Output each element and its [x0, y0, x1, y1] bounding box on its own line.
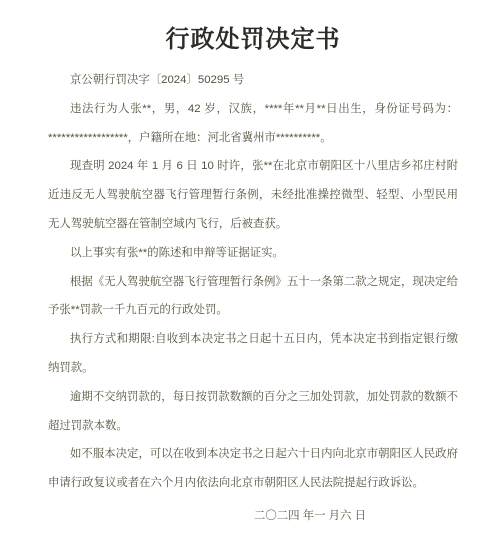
paragraph-facts: 现查明 2024 年 1 月 6 日 10 时许，张**在北京市朝阳区十八里店乡…	[48, 152, 458, 238]
penalty-decision-document: 行政处罚决定书 京公朝行罚决字〔2024〕50295 号 违法行为人张**，男，…	[0, 0, 500, 541]
paragraph-offender-info: 违法行为人张**，男，42 岁，汉族，****年**月**日出生，身份证号码为：…	[48, 95, 458, 153]
paragraph-execution: 执行方式和期限:自收到本决定书之日起十五日内，凭本决定书到指定银行缴纳罚款。	[48, 325, 458, 383]
document-title: 行政处罚决定书	[48, 26, 458, 54]
paragraph-evidence: 以上事实有张**的陈述和申辩等证据证实。	[48, 239, 458, 268]
paragraph-decision: 根据《无人驾驶航空器飞行管理暂行条例》五十一条第二款之规定，现决定给予张**罚款…	[48, 268, 458, 326]
paragraph-appeal-rights: 如不服本决定，可以在收到本决定书之日起六十日内向北京市朝阳区人民政府申请行政复议…	[48, 440, 458, 498]
paragraph-late-payment: 逾期不交纳罚款的，每日按罚款数额的百分之三加处罚款，加处罚款的数额不超过罚款本数…	[48, 383, 458, 441]
document-date: 二〇二四 年一 月六 日	[105, 502, 500, 531]
document-number: 京公朝行罚决字〔2024〕50295 号	[48, 66, 458, 95]
